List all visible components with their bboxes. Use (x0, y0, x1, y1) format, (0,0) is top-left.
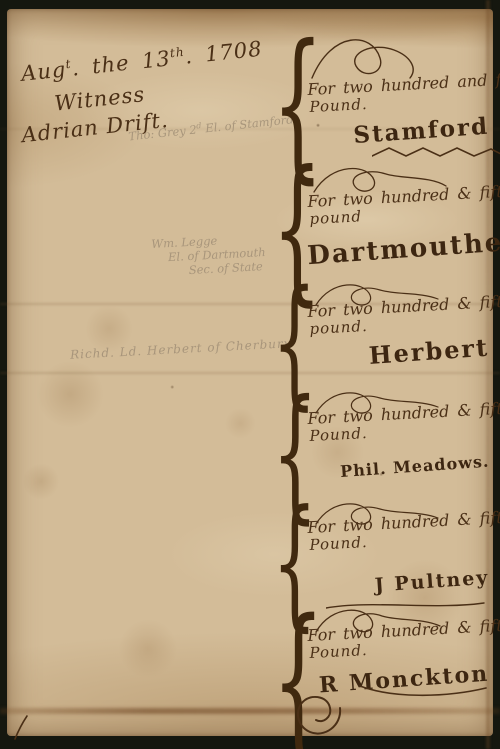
pen-mark-icon (12, 714, 30, 742)
entry-signature: Phil. Meadows. (307, 451, 498, 483)
entry-signature: Herbert (306, 332, 498, 374)
entry-signature: R Monckton (307, 660, 498, 699)
entry-signature: J Pultney (307, 566, 498, 601)
entry-signature: Stamford (307, 112, 498, 152)
manuscript-scan: Augt. the 13th. 1708 Witness Adrian Drif… (0, 0, 500, 749)
date-superscript: th (169, 45, 185, 60)
pencil-note-dartmouth: Wm. Legge El. of Dartmouth Sec. of State (151, 231, 267, 279)
date-part: Aug (20, 57, 67, 86)
payment-entry: { For two hundred & fifty Pound. R Monck… (276, 618, 498, 742)
underline-flourish-icon (326, 600, 486, 612)
entry-signature: Dartmouthe (306, 228, 498, 271)
